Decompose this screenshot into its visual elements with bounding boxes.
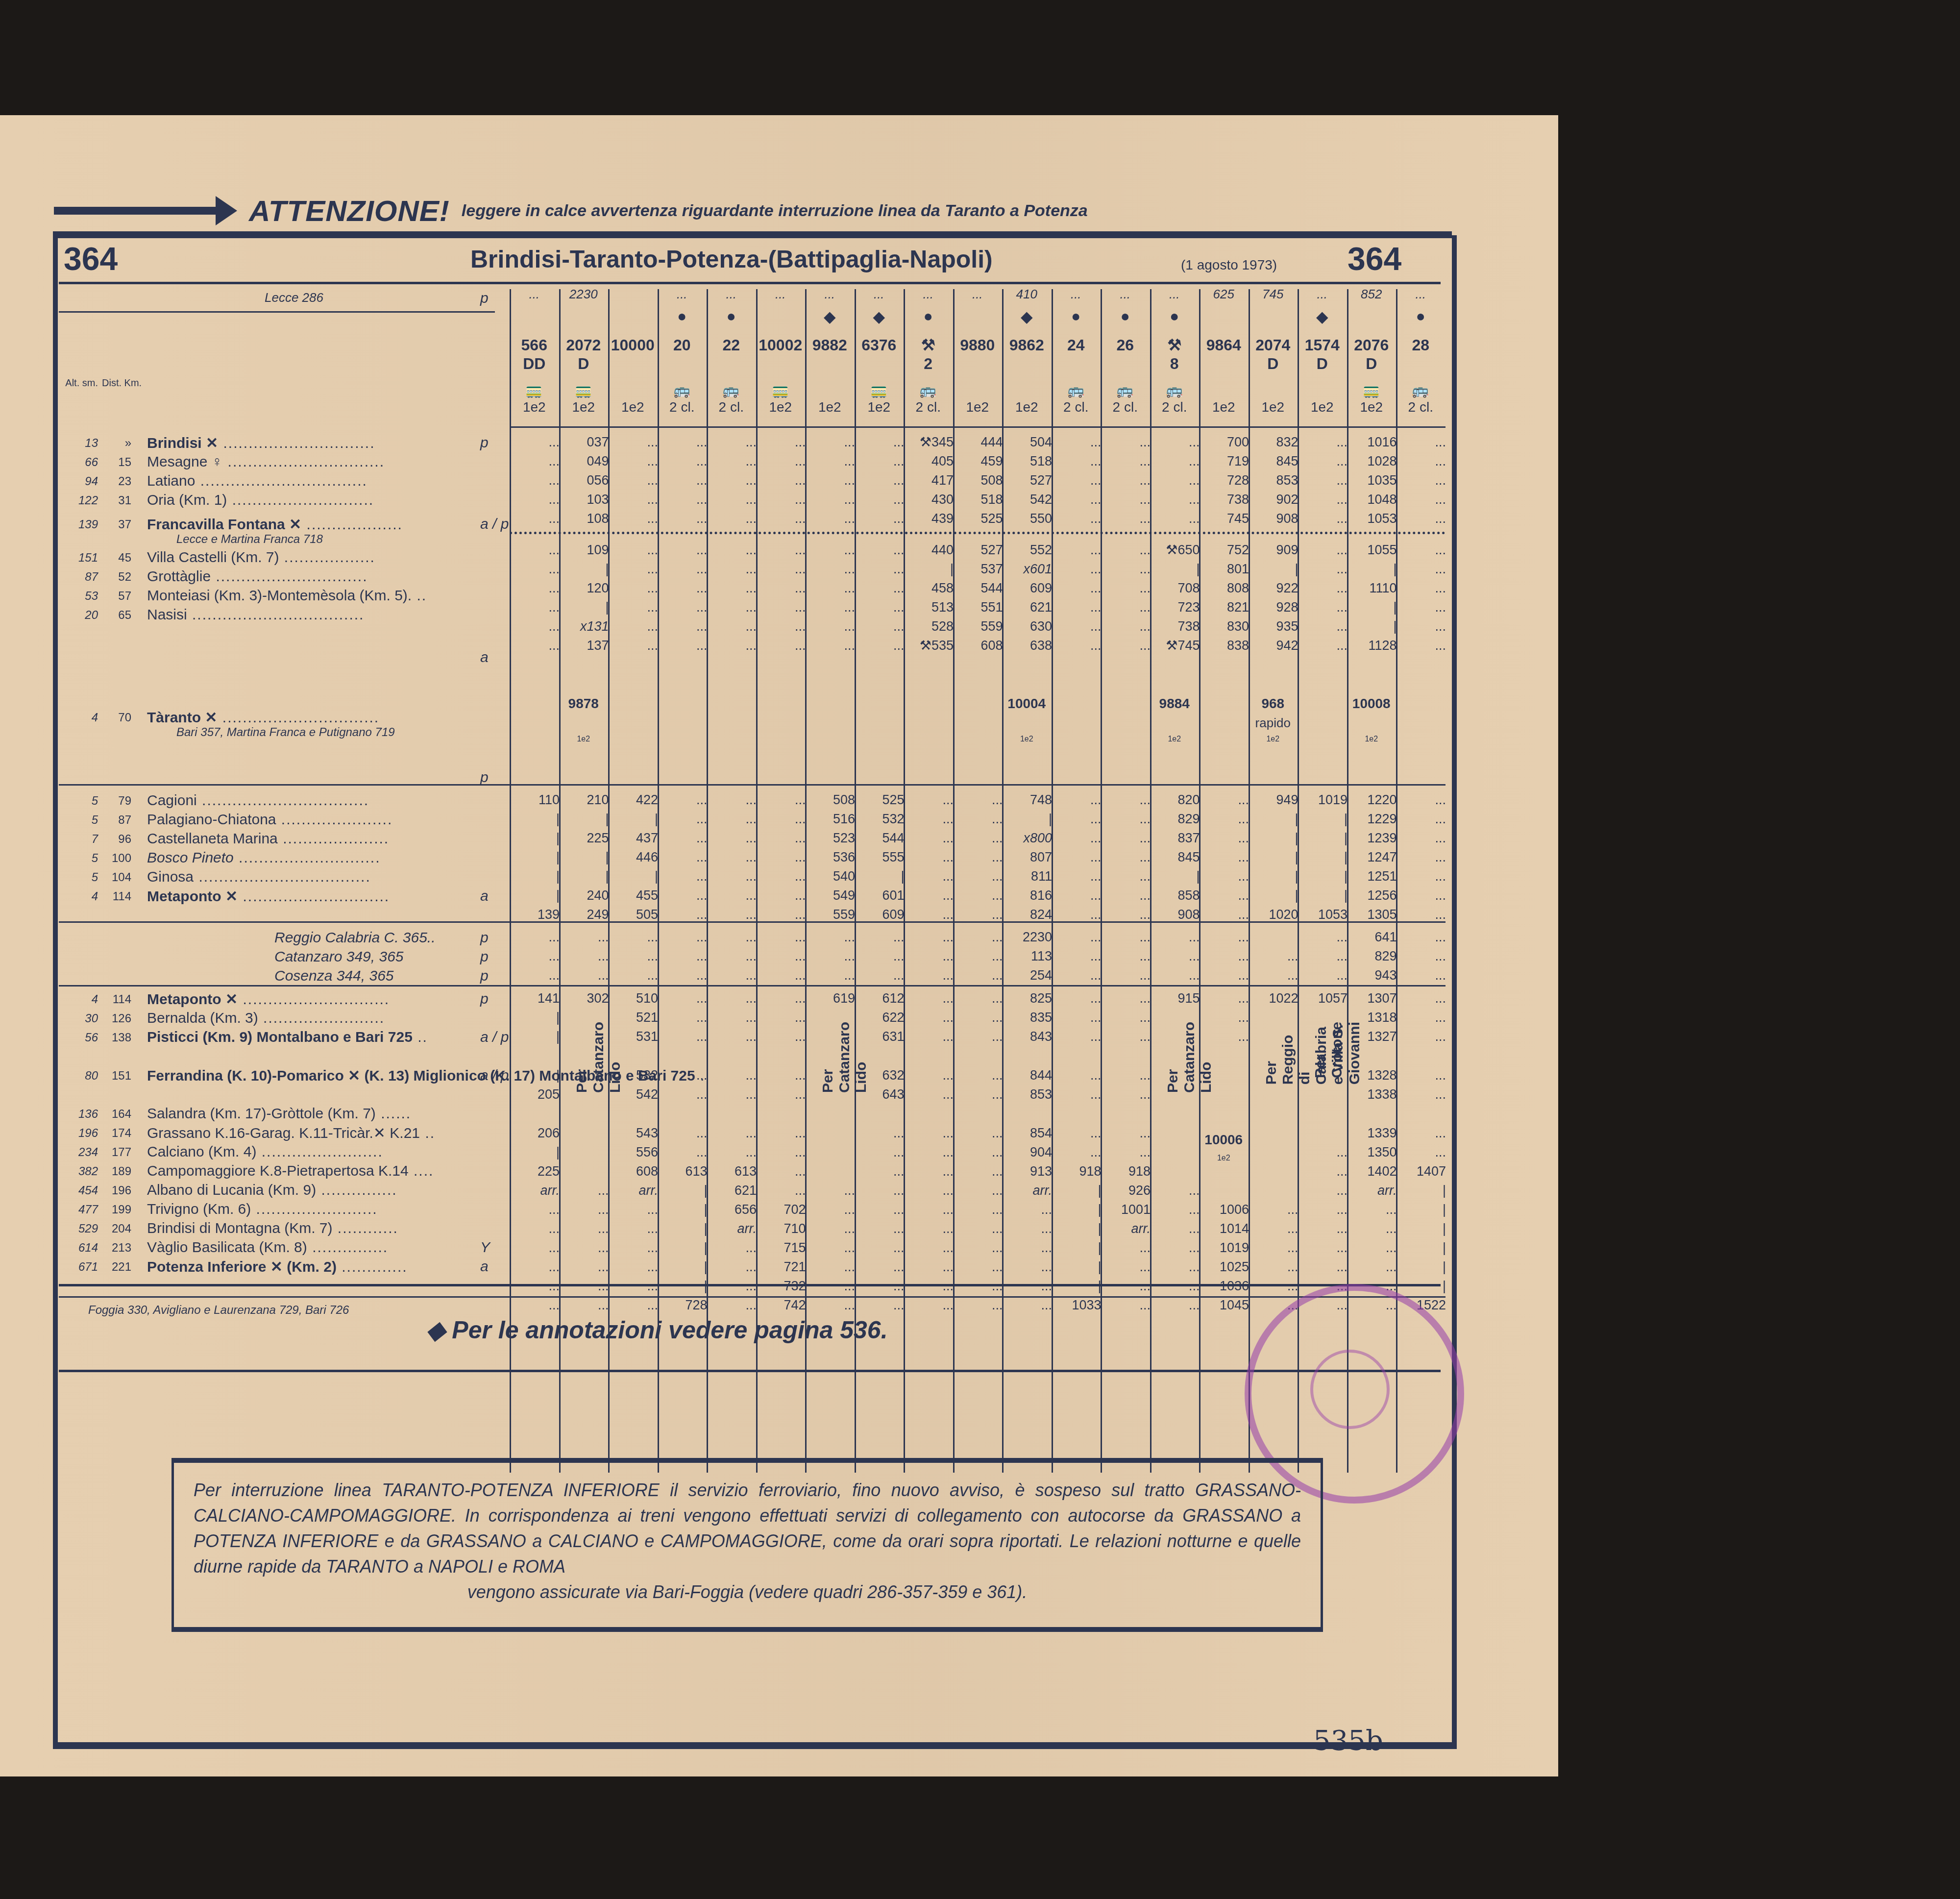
distance: 126: [102, 1012, 131, 1026]
station-row: 80151Ferrandina (K. 10)-Pomarico ✕ (K. 1…: [59, 1066, 495, 1085]
time-cell: ...: [555, 1298, 609, 1313]
time-cell: arr.: [1097, 1221, 1151, 1236]
time-cell: ...: [851, 473, 905, 488]
time-cell: ...: [998, 1240, 1052, 1256]
time-cell: ...: [1048, 792, 1102, 808]
time-cell: ...: [851, 511, 905, 526]
train-number: ⚒2: [904, 336, 953, 373]
altitude: 139: [59, 518, 98, 532]
leader-dots: .................................: [197, 792, 369, 809]
time-cell: 528: [900, 619, 954, 634]
station-name: Cagioni ................................…: [147, 792, 369, 809]
time-cell: 909: [1245, 543, 1298, 558]
time-cell: 240: [555, 888, 609, 903]
time-cell: ...: [1097, 812, 1151, 827]
lecce-time: ...: [707, 287, 756, 302]
station-row: 6615Mesagne ♀ ..........................…: [59, 453, 495, 472]
time-cell: 532: [851, 812, 905, 827]
train-class: 1e2: [1199, 399, 1249, 415]
page-number: 535b: [1313, 1725, 1383, 1757]
time-cell: 210: [555, 792, 609, 808]
time-cell: 437: [604, 831, 658, 846]
time-cell: ...: [506, 1298, 560, 1313]
train-number: ⚒8: [1150, 336, 1200, 373]
time-cell: ...: [1097, 600, 1151, 615]
time-cell: 928: [1245, 600, 1298, 615]
time-cell: |: [654, 1221, 708, 1236]
time-cell: ...: [703, 949, 757, 964]
time-cell: ...: [851, 1221, 905, 1236]
train-number: 20: [658, 336, 707, 354]
station-row: 234177Calciano (Km. 4) .................…: [59, 1143, 495, 1162]
arr-dep-marker: p: [480, 949, 489, 965]
train-number: 9882: [805, 336, 855, 354]
time-cell: ...: [900, 949, 954, 964]
time-cell: ...: [851, 1298, 905, 1313]
time-cell: ...: [851, 1240, 905, 1256]
time-cell: ...: [555, 1259, 609, 1275]
time-cell: 1022: [1245, 991, 1298, 1006]
time-cell: ...: [1097, 562, 1151, 577]
time-cell: ...: [604, 600, 658, 615]
time-cell: ...: [1195, 812, 1249, 827]
rule: [59, 1284, 1441, 1286]
time-cell: 527: [998, 473, 1052, 488]
altitude: 614: [59, 1241, 98, 1255]
time-cell: ...: [703, 850, 757, 865]
time-cell: 1247: [1343, 850, 1397, 865]
time-cell: ...: [1392, 600, 1446, 615]
time-cell: ...: [949, 1068, 1003, 1083]
time-cell: |: [654, 1183, 708, 1198]
time-cell: ...: [1294, 581, 1347, 596]
time-cell: ...: [1048, 473, 1102, 488]
time-cell: 700: [1195, 435, 1249, 450]
train-class: 2 cl.: [1052, 399, 1101, 415]
time-cell: 1048: [1343, 492, 1397, 507]
time-cell: ...: [654, 812, 708, 827]
rule: [59, 311, 495, 313]
arr-dep-marker: p: [480, 968, 489, 985]
table-date: (1 agosto 1973): [1181, 257, 1277, 273]
time-cell: ...: [604, 581, 658, 596]
distance: 104: [102, 871, 131, 885]
time-cell: ...: [555, 949, 609, 964]
time-cell: ...: [654, 543, 708, 558]
time-cell: |: [1245, 869, 1298, 884]
time-cell: 504: [998, 435, 1052, 450]
distance: 177: [102, 1146, 131, 1159]
time-cell: 601: [851, 888, 905, 903]
time-cell: ...: [801, 581, 855, 596]
time-cell: ...: [1294, 1145, 1347, 1160]
time-cell: ...: [752, 888, 806, 903]
time-cell: ...: [900, 1240, 954, 1256]
time-cell: ...: [1392, 949, 1446, 964]
time-cell: 820: [1146, 792, 1200, 808]
time-cell: ...: [703, 1087, 757, 1102]
time-cell: ...: [654, 619, 708, 634]
time-cell: ...: [1146, 930, 1200, 945]
time-cell: ...: [654, 511, 708, 526]
time-cell: 103: [555, 492, 609, 507]
time-cell: ...: [752, 562, 806, 577]
time-cell: ...: [1146, 435, 1200, 450]
time-cell: ...: [1097, 492, 1151, 507]
railcar-icon: 🚃: [510, 382, 559, 398]
time-cell: 1033: [1048, 1298, 1102, 1313]
time-cell: ...: [1392, 930, 1446, 945]
time-cell: 510: [604, 991, 658, 1006]
time-cell: ...: [604, 543, 658, 558]
time-cell: ...: [801, 492, 855, 507]
time-cell: ...: [1343, 1240, 1397, 1256]
time-cell: arr.: [604, 1183, 658, 1198]
time-cell: ...: [604, 435, 658, 450]
time-cell: ...: [703, 619, 757, 634]
train-class: 2 cl.: [904, 399, 953, 415]
lecce-row: Lecce 286 p: [59, 289, 495, 308]
dist-label: Dist. Km.: [102, 378, 131, 389]
time-cell: 853: [1245, 473, 1298, 488]
distance: 100: [102, 852, 131, 865]
time-cell: ...: [1294, 600, 1347, 615]
time-cell: ...: [1294, 619, 1347, 634]
time-cell: ...: [752, 850, 806, 865]
time-cell: 1229: [1343, 812, 1397, 827]
leader-dots: ..................: [279, 549, 375, 566]
time-cell: 738: [1195, 492, 1249, 507]
time-cell: ...: [1097, 1145, 1151, 1160]
altitude: 5: [59, 852, 98, 865]
time-cell: ...: [506, 454, 560, 469]
arr-dep-marker: Y: [480, 1239, 490, 1256]
time-cell: |: [506, 1010, 560, 1025]
altitude: 529: [59, 1222, 98, 1236]
time-cell: 922: [1245, 581, 1298, 596]
station-row: 56138Pisticci (Km. 9) Montalbano e Bari …: [59, 1028, 495, 1047]
connection-row: Catanzaro 349, 365p: [59, 948, 495, 967]
station-row: 5357Monteiasi (Km. 3)-Montemèsola (Km. 5…: [59, 587, 495, 606]
station-row: 671221Potenza Inferiore ✕ (Km. 2) ......…: [59, 1258, 495, 1277]
time-cell: ...: [900, 812, 954, 827]
time-cell: ...: [506, 562, 560, 577]
leader-dots: ............: [333, 1220, 398, 1236]
time-cell: ...: [1392, 619, 1446, 634]
time-cell: ...: [506, 949, 560, 964]
time-cell: 1239: [1343, 831, 1397, 846]
station-name: Brindisi ✕ .............................…: [147, 435, 375, 452]
time-cell: ...: [752, 1010, 806, 1025]
time-cell: ...: [949, 1202, 1003, 1217]
altitude: 671: [59, 1260, 98, 1274]
train-class: 1e2: [1199, 1154, 1249, 1163]
leader-dots: ...............................: [222, 454, 385, 470]
time-cell: ...: [1195, 968, 1249, 983]
time-cell: ...: [1097, 1298, 1151, 1313]
time-cell: ...: [604, 638, 658, 653]
train-class: 2 cl.: [1150, 399, 1200, 415]
time-cell: ...: [1097, 949, 1151, 964]
train-number: 10002: [756, 336, 806, 354]
time-cell: ⚒745: [1146, 638, 1200, 653]
time-cell: 527: [949, 543, 1003, 558]
time-cell: ...: [1048, 600, 1102, 615]
time-cell: 1014: [1195, 1221, 1249, 1236]
time-cell: ...: [851, 619, 905, 634]
time-cell: ...: [1195, 869, 1249, 884]
time-cell: ...: [1245, 1202, 1298, 1217]
station-name: Mesagne ♀ ..............................…: [147, 454, 385, 470]
time-cell: ...: [949, 831, 1003, 846]
time-cell: 508: [801, 792, 855, 808]
train-class: 2 cl.: [1101, 399, 1150, 415]
train-class: 1e2: [559, 735, 609, 744]
leader-dots: ........................: [258, 1010, 385, 1026]
train-class: 2 cl.: [658, 399, 707, 415]
station-name: Pisticci (Km. 9) Montalbano e Bari 725 .…: [147, 1029, 428, 1046]
time-cell: ...: [949, 1029, 1003, 1044]
time-cell: ...: [506, 1259, 560, 1275]
station-row: 8752Grottàglie .........................…: [59, 567, 495, 587]
time-cell: 540: [801, 869, 855, 884]
lecce-time: 625: [1199, 287, 1249, 302]
distance: 174: [102, 1127, 131, 1140]
time-cell: ...: [1048, 1010, 1102, 1025]
time-cell: 458: [900, 581, 954, 596]
time-cell: ...: [1097, 1029, 1151, 1044]
altitude: 87: [59, 570, 98, 584]
time-cell: 935: [1245, 619, 1298, 634]
time-cell: 609: [851, 907, 905, 922]
altitude: 80: [59, 1069, 98, 1083]
time-cell: ...: [900, 1183, 954, 1198]
rule: [59, 1370, 1441, 1372]
time-cell: 537: [949, 562, 1003, 577]
altitude: 122: [59, 494, 98, 508]
time-cell: ...: [1146, 968, 1200, 983]
time-cell: ...: [1294, 1221, 1347, 1236]
time-cell: ...: [949, 1183, 1003, 1198]
lecce-time: ...: [1150, 287, 1200, 302]
lecce-time: ...: [855, 287, 904, 302]
station-name: Grassano K.16-Garag. K.11-Tricàr.✕ K.21 …: [147, 1125, 435, 1142]
time-cell: ...: [703, 1010, 757, 1025]
time-cell: ...: [752, 473, 806, 488]
time-cell: ...: [1392, 1029, 1446, 1044]
station-row: 196174Grassano K.16-Garag. K.11-Tricàr.✕…: [59, 1124, 495, 1143]
time-cell: ...: [604, 511, 658, 526]
time-cell: ...: [654, 1126, 708, 1141]
time-cell: ...: [703, 907, 757, 922]
distance: 189: [102, 1165, 131, 1179]
time-cell: |: [1343, 619, 1397, 634]
time-cell: 1402: [1343, 1164, 1397, 1179]
station-name: Villa Castelli (Km. 7) .................…: [147, 549, 375, 566]
railcar-icon: 🚃: [559, 382, 609, 398]
leader-dots: ..................................: [194, 869, 371, 885]
time-cell: ...: [949, 907, 1003, 922]
time-cell: ...: [506, 638, 560, 653]
time-cell: 108: [555, 511, 609, 526]
time-cell: 109: [555, 543, 609, 558]
station-row: 529204Brindisi di Montagna (Km. 7) .....…: [59, 1219, 495, 1238]
time-cell: ...: [900, 1010, 954, 1025]
time-cell: ...: [949, 930, 1003, 945]
train-class: 1e2: [855, 399, 904, 415]
time-cell: ...: [752, 1126, 806, 1141]
time-cell: ...: [555, 968, 609, 983]
header-rule: [59, 282, 1441, 284]
train-number: 22: [707, 336, 756, 354]
time-cell: ...: [654, 888, 708, 903]
time-cell: ...: [703, 968, 757, 983]
station-name: Trivigno (Km. 6) .......................…: [147, 1201, 378, 1218]
distance: 196: [102, 1184, 131, 1198]
leader-dots: .............................: [238, 888, 390, 905]
lecce-time: 745: [1249, 287, 1298, 302]
time-cell: ...: [752, 435, 806, 450]
time-cell: ...: [1097, 619, 1151, 634]
time-cell: ...: [998, 1221, 1052, 1236]
time-cell: 430: [900, 492, 954, 507]
station-name: Campomaggiore K.8-Pietrapertosa K.14 ...…: [147, 1163, 434, 1180]
time-cell: |: [555, 850, 609, 865]
time-cell: 918: [1097, 1164, 1151, 1179]
time-cell: 544: [851, 831, 905, 846]
time-cell: ...: [604, 968, 658, 983]
time-cell: ...: [1392, 454, 1446, 469]
altitude: 66: [59, 456, 98, 469]
time-cell: ...: [1392, 968, 1446, 983]
station-row: 5100Bosco Pineto .......................…: [59, 849, 495, 868]
time-cell: 742: [752, 1298, 806, 1313]
time-cell: ...: [900, 1068, 954, 1083]
time-cell: ...: [949, 888, 1003, 903]
time-cell: ...: [1048, 949, 1102, 964]
station-name: Ginosa .................................…: [147, 869, 371, 886]
time-cell: ...: [654, 600, 708, 615]
train-class: 1e2: [1249, 399, 1298, 415]
time-cell: |: [1392, 1183, 1446, 1198]
time-cell: 523: [801, 831, 855, 846]
station-name: Francavilla Fontana ✕ ..................…: [147, 516, 403, 533]
time-cell: ...: [752, 1183, 806, 1198]
train-number: 566DD: [510, 336, 559, 373]
time-cell: 621: [703, 1183, 757, 1198]
time-cell: 821: [1195, 600, 1249, 615]
time-cell: |: [1245, 888, 1298, 903]
time-cell: 1001: [1097, 1202, 1151, 1217]
time-cell: 551: [949, 600, 1003, 615]
time-cell: ...: [1392, 869, 1446, 884]
time-cell: ...: [1343, 1259, 1397, 1275]
station-name: Metaponto ✕ ............................…: [147, 991, 390, 1008]
time-cell: ...: [506, 1240, 560, 1256]
time-cell: 1019: [1294, 792, 1347, 808]
lecce-time: 852: [1347, 287, 1396, 302]
time-cell: 832: [1245, 435, 1298, 450]
column-labels: Alt. sm. Dist. Km.: [59, 375, 495, 394]
time-cell: ...: [752, 792, 806, 808]
time-cell: 728: [654, 1298, 708, 1313]
time-cell: ...: [1294, 638, 1347, 653]
time-cell: 908: [1146, 907, 1200, 922]
leader-dots: ..............................: [211, 568, 367, 585]
time-cell: ...: [900, 907, 954, 922]
time-cell: 543: [604, 1126, 658, 1141]
time-cell: ...: [506, 511, 560, 526]
time-cell: ...: [506, 435, 560, 450]
altitude: 234: [59, 1146, 98, 1159]
time-cell: ...: [801, 619, 855, 634]
time-cell: ...: [1097, 850, 1151, 865]
station-row: 382189Campomaggiore K.8-Pietrapertosa K.…: [59, 1162, 495, 1181]
time-cell: ...: [1392, 888, 1446, 903]
time-cell: ...: [1195, 991, 1249, 1006]
time-cell: ...: [949, 968, 1003, 983]
leader-dots: ..: [420, 1125, 435, 1141]
train-class: 1e2: [1249, 735, 1298, 744]
time-cell: ...: [654, 831, 708, 846]
time-cell: ...: [1048, 492, 1102, 507]
time-cell: ...: [900, 888, 954, 903]
time-cell: ...: [1195, 792, 1249, 808]
time-cell: ...: [900, 1145, 954, 1160]
time-cell: ...: [851, 600, 905, 615]
time-cell: ...: [1048, 1145, 1102, 1160]
station-row: 579Cagioni .............................…: [59, 791, 495, 811]
time-cell: ...: [752, 581, 806, 596]
station-name: Oria (Km. 1) ...........................…: [147, 492, 374, 509]
time-cell: |: [1392, 1240, 1446, 1256]
altitude: 5: [59, 794, 98, 808]
station-name: Bernalda (Km. 3) .......................…: [147, 1010, 385, 1027]
distance: 52: [102, 570, 131, 584]
time-cell: |: [506, 1145, 560, 1160]
time-cell: ...: [851, 562, 905, 577]
station-name: Potenza Inferiore ✕ (Km. 2) ............…: [147, 1258, 408, 1276]
time-cell: ...: [801, 949, 855, 964]
altitude: 53: [59, 590, 98, 603]
altitude: 136: [59, 1108, 98, 1121]
time-cell: ...: [1392, 831, 1446, 846]
railcar-icon: 🚃: [1347, 382, 1396, 398]
time-cell: ...: [1392, 543, 1446, 558]
time-cell: ...: [703, 792, 757, 808]
lecce-time: 410: [1002, 287, 1052, 302]
time-cell: ...: [801, 454, 855, 469]
time-cell: ...: [949, 1240, 1003, 1256]
train-number: 10000: [608, 336, 658, 354]
arrow-right-icon: [216, 196, 237, 225]
time-cell: 1220: [1343, 792, 1397, 808]
arr-dep-marker: a: [480, 1258, 489, 1275]
distance: 164: [102, 1108, 131, 1121]
time-cell: ...: [900, 869, 954, 884]
time-cell: ...: [900, 1126, 954, 1141]
dotted-rule: [510, 532, 1445, 534]
time-cell: ...: [752, 638, 806, 653]
time-cell: |: [1392, 1259, 1446, 1275]
time-cell: ...: [654, 991, 708, 1006]
leader-dots: ......................: [276, 812, 393, 828]
time-cell: ...: [1048, 619, 1102, 634]
time-cell: ...: [900, 968, 954, 983]
time-cell: ...: [604, 949, 658, 964]
time-cell: ...: [1097, 1010, 1151, 1025]
time-cell: |: [1392, 1202, 1446, 1217]
